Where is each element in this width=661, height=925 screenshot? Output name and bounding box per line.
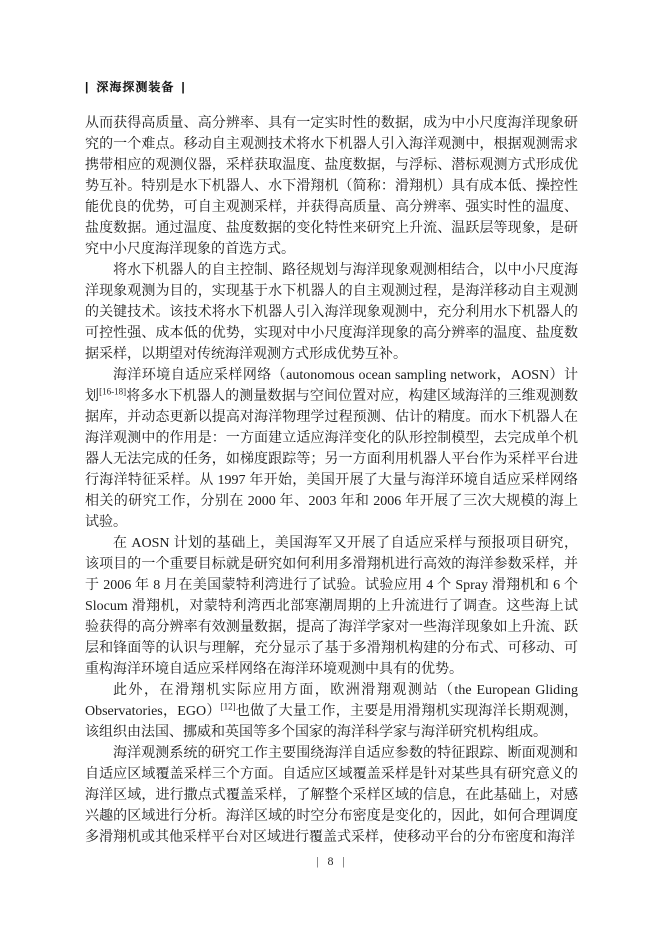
page-footer: |8| — [0, 854, 661, 869]
running-header: |深海探测装备| — [85, 78, 186, 95]
paragraph: 将水下机器人的自主控制、路径规划与海洋现象观测相结合，以中小尺度海洋现象观测为目… — [85, 260, 578, 365]
running-header-title: 深海探测装备 — [96, 80, 174, 94]
paragraph-text: 从而获得高质量、高分辨率、具有一定实时性的数据，成为中小尺度海洋现象研究的一个难… — [85, 116, 578, 257]
paragraph-text: 将多水下机器人的测量数据与空间位置对应，构建区域海洋的三维观测数据库，并动态更新… — [85, 389, 578, 530]
footer-separator-left: | — [316, 854, 318, 869]
paragraph: 海洋环境自适应采样网络（autonomous ocean sampling ne… — [85, 365, 578, 533]
paragraph: 在 AOSN 计划的基础上，美国海军又开展了自适应采样与预报项目研究，该项目的一… — [85, 533, 578, 680]
footer-separator-right: | — [343, 854, 345, 869]
citation-superscript: [12] — [221, 701, 236, 711]
document-page: |深海探测装备| 从而获得高质量、高分辨率、具有一定实时性的数据，成为中小尺度海… — [0, 0, 661, 925]
paragraph: 从而获得高质量、高分辨率、具有一定实时性的数据，成为中小尺度海洋现象研究的一个难… — [85, 113, 578, 260]
paragraph-text: 将水下机器人的自主控制、路径规划与海洋现象观测相结合，以中小尺度海洋现象观测为目… — [85, 263, 578, 362]
paragraph: 此外，在滑翔机实际应用方面，欧洲滑翔观测站（the European Glidi… — [85, 680, 578, 743]
paragraph-text: 在 AOSN 计划的基础上，美国海军又开展了自适应采样与预报项目研究，该项目的一… — [85, 536, 578, 677]
citation-superscript: [16-18] — [99, 386, 126, 396]
body-paragraphs: 从而获得高质量、高分辨率、具有一定实时性的数据，成为中小尺度海洋现象研究的一个难… — [85, 113, 578, 848]
page-number: 8 — [328, 854, 334, 868]
header-separator-right: | — [181, 80, 185, 94]
paragraph: 海洋观测系统的研究工作主要围绕海洋自适应参数的特征跟踪、断面观测和自适应区域覆盖… — [85, 743, 578, 848]
paragraph-text: 海洋观测系统的研究工作主要围绕海洋自适应参数的特征跟踪、断面观测和自适应区域覆盖… — [85, 746, 578, 845]
header-separator-left: | — [85, 80, 89, 94]
